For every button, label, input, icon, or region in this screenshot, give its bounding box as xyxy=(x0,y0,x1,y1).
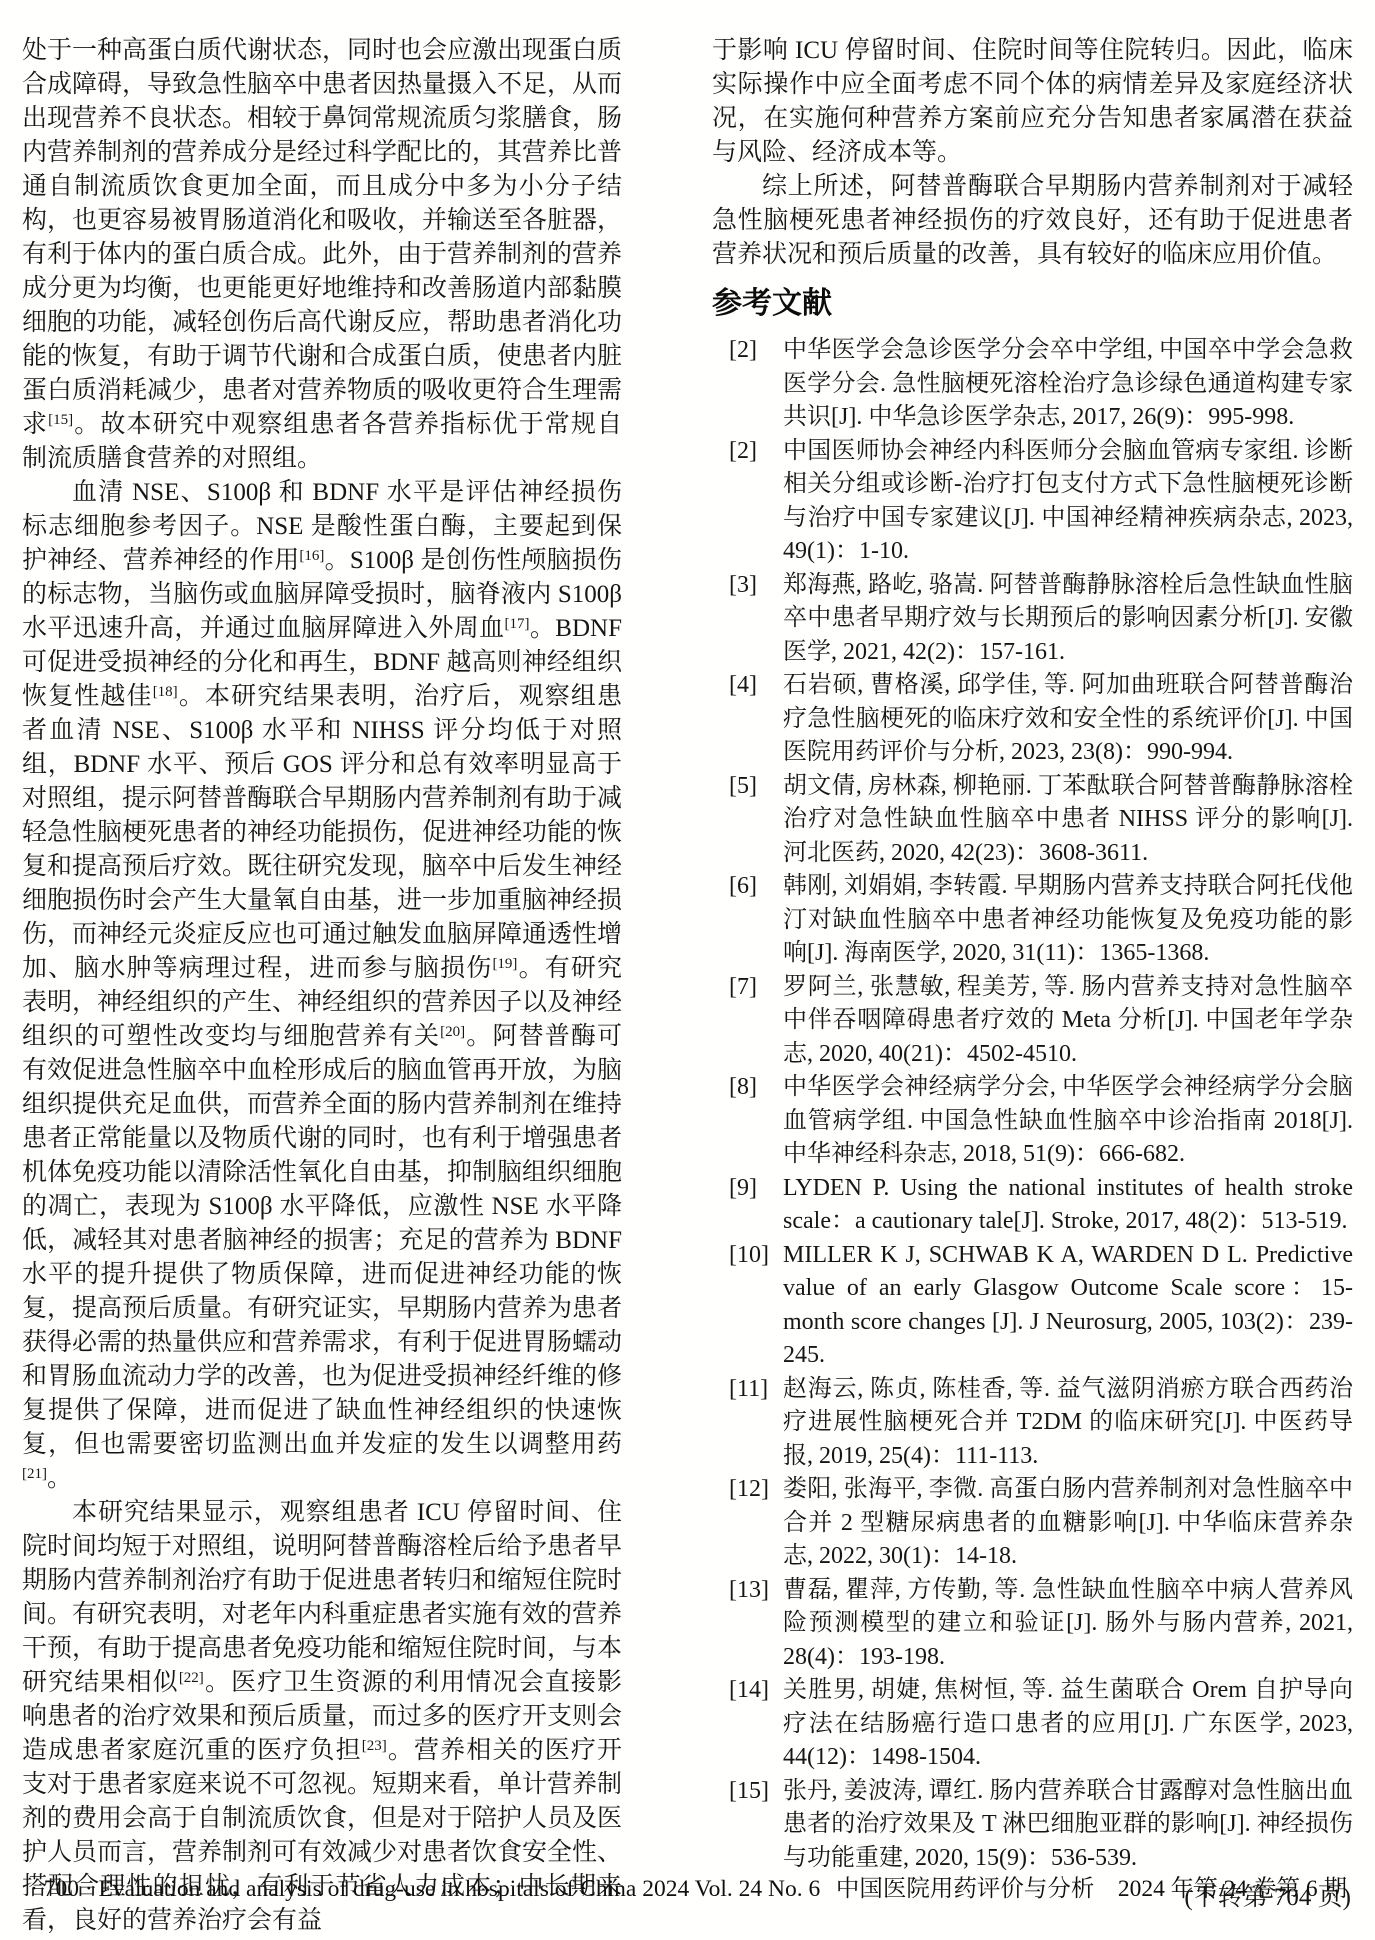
reference-text: 赵海云, 陈贞, 陈桂香, 等. 益气滋阴消瘀方联合西药治疗进展性脑梗死合并 T… xyxy=(783,1373,1353,1474)
body-paragraph: 血清 NSE、S100β 和 BDNF 水平是评估神经损伤标志细胞参考因子。NS… xyxy=(22,476,622,1496)
reference-text: 中国医师协会神经内科医师分会脑血管病专家组. 诊断相关分组或诊断-治疗打包支付方… xyxy=(783,435,1353,569)
reference-item: [6]韩刚, 刘娟娟, 李转霞. 早期肠内营养支持联合阿托伐他汀对缺血性脑卒中患… xyxy=(712,870,1353,971)
reference-item: [8]中华医学会神经病学分会, 中华医学会神经病学分会脑血管病学组. 中国急性缺… xyxy=(712,1071,1353,1172)
reference-number: [13] xyxy=(712,1574,783,1608)
page-footer: · 700 · Evaluation and analysis of drug-… xyxy=(30,1874,1347,1904)
reference-item: [14]关胜男, 胡婕, 焦树恒, 等. 益生菌联合 Orem 自护导向疗法在结… xyxy=(712,1674,1353,1775)
reference-number: [10] xyxy=(712,1239,783,1273)
reference-text: 胡文倩, 房林森, 柳艳丽. 丁苯酞联合阿替普酶静脉溶栓治疗对急性缺血性脑卒中患… xyxy=(783,770,1353,871)
reference-number: [9] xyxy=(712,1172,783,1206)
reference-text: 罗阿兰, 张慧敏, 程美芳, 等. 肠内营养支持对急性脑卒中伴吞咽障碍患者疗效的… xyxy=(783,971,1353,1072)
body-paragraph: 于影响 ICU 停留时间、住院时间等住院转归。因此，临床实际操作中应全面考虑不同… xyxy=(712,34,1353,170)
citation-superscript: [15] xyxy=(48,412,73,428)
reference-item: [13]曹磊, 瞿萍, 方传勤, 等. 急性缺血性脑卒中病人营养风险预测模型的建… xyxy=(712,1574,1353,1675)
body-paragraph: 本研究结果显示，观察组患者 ICU 停留时间、住院时间均短于对照组，说明阿替普酶… xyxy=(22,1496,622,1938)
body-text: 综上所述，阿替普酶联合早期肠内营养制剂对于减轻急性脑梗死患者神经损伤的疗效良好，… xyxy=(712,173,1353,268)
reference-list: [2]中华医学会急诊医学分会卒中学组, 中国卒中学会急救医学分会. 急性脑梗死溶… xyxy=(712,334,1353,1875)
reference-text: 中华医学会神经病学分会, 中华医学会神经病学分会脑血管病学组. 中国急性缺血性脑… xyxy=(783,1071,1353,1172)
reference-number: [2] xyxy=(712,435,783,469)
reference-text: 张丹, 姜波涛, 谭红. 肠内营养联合甘露醇对急性脑出血患者的治疗效果及 T 淋… xyxy=(783,1775,1353,1876)
reference-number: [14] xyxy=(712,1674,783,1708)
body-text: 本研究结果显示，观察组患者 ICU 停留时间、住院时间均短于对照组，说明阿替普酶… xyxy=(22,1499,622,1696)
references-heading: 参考文献 xyxy=(712,284,1353,324)
citation-superscript: [23] xyxy=(362,1738,387,1754)
reference-item: [2]中国医师协会神经内科医师分会脑血管病专家组. 诊断相关分组或诊断-治疗打包… xyxy=(712,435,1353,569)
reference-number: [4] xyxy=(712,669,783,703)
citation-superscript: [16] xyxy=(299,548,324,564)
reference-text: 中华医学会急诊医学分会卒中学组, 中国卒中学会急救医学分会. 急性脑梗死溶栓治疗… xyxy=(783,334,1353,435)
reference-text: 关胜男, 胡婕, 焦树恒, 等. 益生菌联合 Orem 自护导向疗法在结肠癌行造… xyxy=(783,1674,1353,1775)
reference-item: [10]MILLER K J, SCHWAB K A, WARDEN D L. … xyxy=(712,1239,1353,1373)
reference-number: [7] xyxy=(712,971,783,1005)
journal-article-page: 处于一种高蛋白质代谢状态，同时也会应激出现蛋白质合成障碍，导致急性脑卒中患者因热… xyxy=(0,0,1375,1940)
reference-item: [11]赵海云, 陈贞, 陈桂香, 等. 益气滋阴消瘀方联合西药治疗进展性脑梗死… xyxy=(712,1373,1353,1474)
reference-number: [3] xyxy=(712,569,783,603)
citation-superscript: [18] xyxy=(153,684,178,700)
reference-item: [7]罗阿兰, 张慧敏, 程美芳, 等. 肠内营养支持对急性脑卒中伴吞咽障碍患者… xyxy=(712,971,1353,1072)
reference-number: [15] xyxy=(712,1775,783,1809)
citation-superscript: [17] xyxy=(505,616,530,632)
reference-number: [2] xyxy=(712,334,783,368)
citation-superscript: [19] xyxy=(492,956,517,972)
reference-item: [4]石岩硕, 曹格溪, 邱学佳, 等. 阿加曲班联合阿替普酶治疗急性脑梗死的临… xyxy=(712,669,1353,770)
reference-item: [15]张丹, 姜波涛, 谭红. 肠内营养联合甘露醇对急性脑出血患者的治疗效果及… xyxy=(712,1775,1353,1876)
body-paragraph: 综上所述，阿替普酶联合早期肠内营养制剂对于减轻急性脑梗死患者神经损伤的疗效良好，… xyxy=(712,170,1353,272)
reference-number: [6] xyxy=(712,870,783,904)
reference-text: 娄阳, 张海平, 李微. 高蛋白肠内营养制剂对急性脑卒中合并 2 型糖尿病患者的… xyxy=(783,1473,1353,1574)
reference-item: [2]中华医学会急诊医学分会卒中学组, 中国卒中学会急救医学分会. 急性脑梗死溶… xyxy=(712,334,1353,435)
reference-item: [5]胡文倩, 房林森, 柳艳丽. 丁苯酞联合阿替普酶静脉溶栓治疗对急性缺血性脑… xyxy=(712,770,1353,871)
left-column: 处于一种高蛋白质代谢状态，同时也会应激出现蛋白质合成障碍，导致急性脑卒中患者因热… xyxy=(22,34,622,1938)
body-text: 。本研究结果表明，治疗后，观察组患者血清 NSE、S100β 水平和 NIHSS… xyxy=(22,683,622,982)
reference-text: MILLER K J, SCHWAB K A, WARDEN D L. Pred… xyxy=(783,1239,1353,1373)
footer-journal-cn-volume-issue: 中国医院用药评价与分析 2024 年第 24 卷第 6 期 xyxy=(836,1874,1347,1904)
body-text: 处于一种高蛋白质代谢状态，同时也会应激出现蛋白质合成障碍，导致急性脑卒中患者因热… xyxy=(22,37,622,438)
reference-number: [5] xyxy=(712,770,783,804)
two-column-body: 处于一种高蛋白质代谢状态，同时也会应激出现蛋白质合成障碍，导致急性脑卒中患者因热… xyxy=(22,34,1353,1938)
reference-number: [11] xyxy=(712,1373,783,1407)
reference-item: [3]郑海燕, 路屹, 骆嵩. 阿替普酶静脉溶栓后急性缺血性脑卒中患者早期疗效与… xyxy=(712,569,1353,670)
reference-text: 韩刚, 刘娟娟, 李转霞. 早期肠内营养支持联合阿托伐他汀对缺血性脑卒中患者神经… xyxy=(783,870,1353,971)
reference-text: LYDEN P. Using the national institutes o… xyxy=(783,1172,1353,1239)
right-column: 于影响 ICU 停留时间、住院时间等住院转归。因此，临床实际操作中应全面考虑不同… xyxy=(712,34,1353,1938)
citation-superscript: [20] xyxy=(440,1024,465,1040)
discussion-continued: 于影响 ICU 停留时间、住院时间等住院转归。因此，临床实际操作中应全面考虑不同… xyxy=(712,34,1353,272)
body-text: 。故本研究中观察组患者各营养指标优于常规自制流质膳食营养的对照组。 xyxy=(22,411,622,472)
reference-item: [9]LYDEN P. Using the national institute… xyxy=(712,1172,1353,1239)
reference-text: 郑海燕, 路屹, 骆嵩. 阿替普酶静脉溶栓后急性缺血性脑卒中患者早期疗效与长期预… xyxy=(783,569,1353,670)
reference-item: [12]娄阳, 张海平, 李微. 高蛋白肠内营养制剂对急性脑卒中合并 2 型糖尿… xyxy=(712,1473,1353,1574)
footer-page-number-and-journal-en: · 700 · Evaluation and analysis of drug-… xyxy=(30,1874,820,1904)
body-paragraph: 处于一种高蛋白质代谢状态，同时也会应激出现蛋白质合成障碍，导致急性脑卒中患者因热… xyxy=(22,34,622,476)
reference-number: [12] xyxy=(712,1473,783,1507)
body-text: 。 xyxy=(47,1465,72,1492)
reference-text: 曹磊, 瞿萍, 方传勤, 等. 急性缺血性脑卒中病人营养风险预测模型的建立和验证… xyxy=(783,1574,1353,1675)
citation-superscript: [22] xyxy=(179,1670,204,1686)
body-text: 于影响 ICU 停留时间、住院时间等住院转归。因此，临床实际操作中应全面考虑不同… xyxy=(712,37,1353,166)
body-text: 。阿替普酶可有效促进急性脑卒中血栓形成后的脑血管再开放，为脑组织提供充足血供，而… xyxy=(22,1023,622,1458)
reference-text: 石岩硕, 曹格溪, 邱学佳, 等. 阿加曲班联合阿替普酶治疗急性脑梗死的临床疗效… xyxy=(783,669,1353,770)
citation-superscript: [21] xyxy=(22,1466,47,1482)
reference-number: [8] xyxy=(712,1071,783,1105)
body-text: 。营养相关的医疗开支对于患者家庭来说不可忽视。短期来看，单计营养制剂的费用会高于… xyxy=(22,1737,622,1934)
